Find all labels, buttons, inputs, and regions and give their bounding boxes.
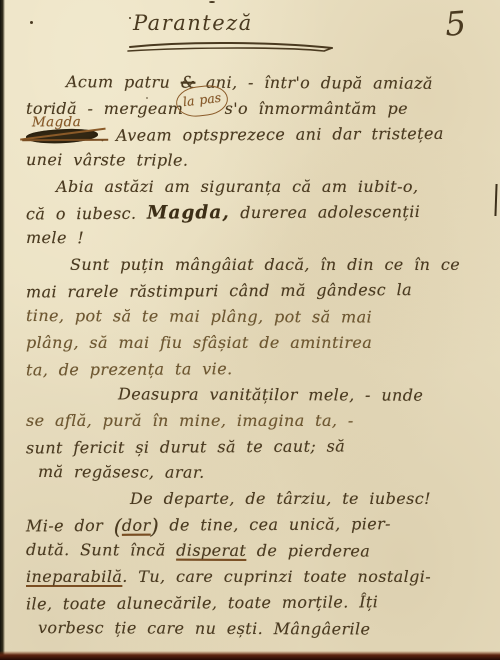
line-text: plâng, să mai fiu sfâșiat de amintirea [26,333,372,352]
manuscript-page: Paranteză 5 Acum patru & ani, - într'o d… [0,0,500,660]
manuscript-body: Acum patru & ani, - într'o după amiază t… [26,70,492,642]
manuscript-line: De departe, de târziu, te iubesc! [26,486,492,512]
line-text: mă regăsesc, arar. [38,462,205,482]
manuscript-line: Sunt puțin mângâiat dacă, în din ce în c… [26,252,492,278]
line-text: de pierderea [246,541,370,561]
manuscript-line: mă regăsesc, arar. [26,459,492,487]
big-parenthesis: ( [114,515,122,539]
line-text: Abia astăzi am siguranța că am iubit-o, [56,177,418,196]
line-text: durerea adolescenții [230,202,421,222]
manuscript-line: plâng, să mai fiu sfâșiat de amintirea [26,330,492,356]
title-underline-flourish [126,38,338,54]
manuscript-line: unei vârste triple. [26,147,492,175]
line-text: mele ! [26,228,84,247]
line-text: tine, pot să te mai plâng, pot să mai [26,306,372,327]
line-text: sunt fericit și durut să te caut; să [26,436,345,457]
manuscript-line: toridă - mergeamla pass'o înmormântăm pe [26,96,492,122]
line-text: de tine, cea unică, pier- [159,514,391,534]
ink-speck [209,1,215,3]
scan-edge-left [0,0,5,660]
line-text: Sunt puțin mângâiat dacă, în din ce în c… [70,255,460,274]
manuscript-line: că o iubesc. Magda, durerea adolescenții [26,199,492,228]
manuscript-line: mai rarele răstimpuri când mă gândesc la [26,277,492,306]
underlined-word: disperat [176,541,246,560]
manuscript-line: tine, pot să te mai plâng, pot să mai [26,303,492,331]
manuscript-line: sunt fericit și durut să te caut; să [26,433,492,462]
line-text: dută. Sunt încă [26,540,176,560]
line-text: unei vârste triple. [26,150,189,170]
line-text: mai rarele răstimpuri când mă gândesc la [26,280,412,301]
line-text: ta, de prezența ta vie. [26,359,233,379]
line-text: Mi-e dor [26,516,114,536]
line-text: se află, pură în mine, imagina ta, - [26,411,354,430]
ink-speck [30,21,33,24]
manuscript-line: Acum patru & ani, - într'o după amiază [26,69,492,97]
underlined-word: dor [122,516,151,535]
manuscript-line: Mi-e dor (dor) de tine, cea unică, pier- [26,511,492,540]
manuscript-line: ile, toate alunecările, toate morțile. Î… [26,589,492,618]
page-title: Paranteză [133,11,253,35]
scan-edge-bottom [0,651,500,660]
big-parenthesis: ) [151,515,159,539]
stray-ink-mark [494,184,497,216]
line-text: . Aveam optsprezece ani dar tristețea [100,124,444,145]
manuscript-line: se află, pură în mine, imagina ta, - [26,408,492,434]
line-text: . Tu, care cuprinzi toate nostalgi- [122,567,431,586]
manuscript-line: dută. Sunt încă disperat de pierderea [26,537,492,565]
underlined-word: ineparabilă [26,567,122,586]
line-text: De departe, de târziu, te iubesc! [130,489,431,508]
line-text: ani, - într'o după amiază [195,73,433,93]
manuscript-line: ta, de prezența ta vie. [26,355,492,384]
manuscript-line: vorbesc ție care nu ești. Mângâerile [26,615,492,643]
manuscript-line: mele ! [26,225,492,253]
manuscript-line: ineparabilă. Tu, care cuprinzi toate nos… [26,564,492,590]
line-text: Deasupra vanităților mele, - unde [118,384,423,404]
line-text: s'o înmormântăm pe [225,99,408,118]
line-text: vorbesc ție care nu ești. Mângâerile [38,618,371,638]
manuscript-line: Deasupra vanităților mele, - unde [26,381,492,409]
page-number: 5 [444,3,468,43]
ink-speck [129,17,131,19]
line-text: că o iubesc. [26,204,147,224]
correction-block: Magda [26,123,98,149]
overwritten-name: Magda, [147,202,230,224]
line-text: ile, toate alunecările, toate morțile. Î… [26,592,378,613]
line-text: Acum patru [66,72,181,92]
manuscript-line: Magda. Aveam optsprezece ani dar tristeț… [26,121,492,150]
manuscript-line: Abia astăzi am siguranța că am iubit-o, [26,174,492,200]
